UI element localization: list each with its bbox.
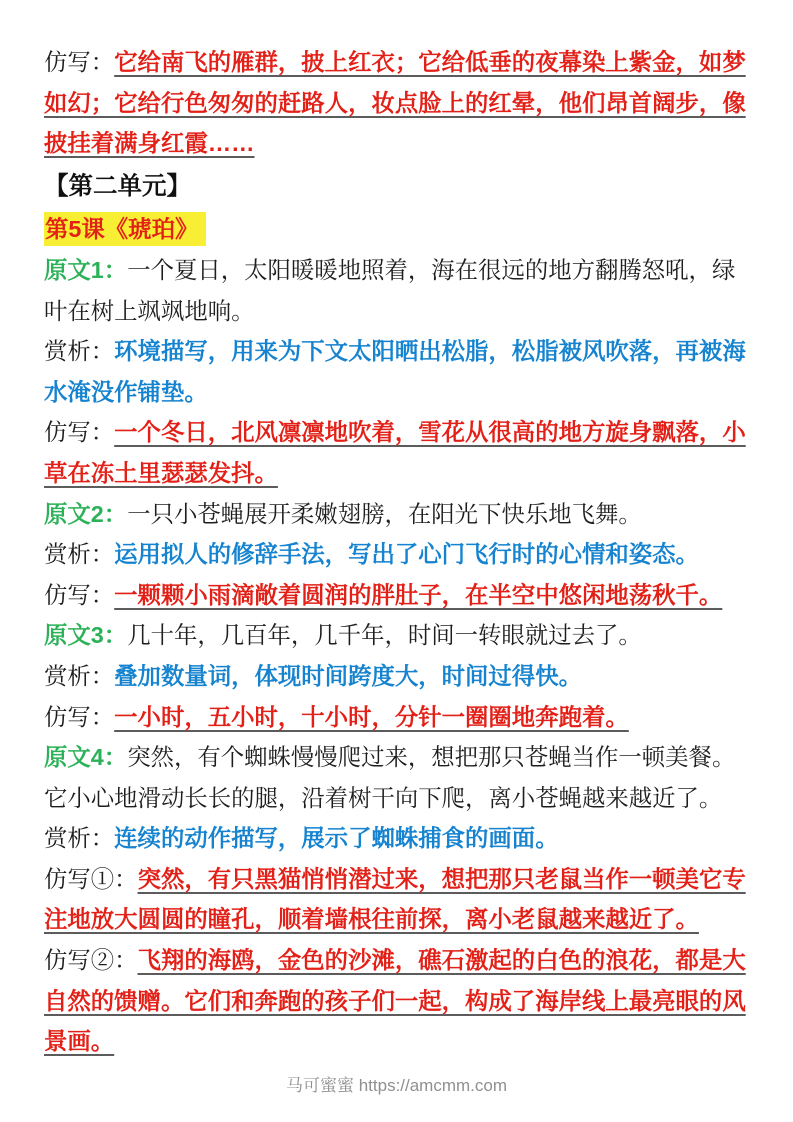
original-text-4-paragraph: 原文4：突然，有个蜘蛛慢慢爬过来，想把那只苍蝇当作一顿美餐。它小心地滑动长长的腿…	[44, 737, 758, 818]
original-text-4-label: 原文4：	[44, 744, 127, 770]
imitation-3-label: 仿写：	[44, 704, 114, 730]
analysis-3-text: 叠加数量词，体现时间跨度大，时间过得快。	[114, 663, 582, 689]
imitation-3-paragraph: 仿写：一小时，五小时，十小时，分针一圈圈地奔跑着。	[44, 697, 758, 738]
analysis-2-paragraph: 赏析：运用拟人的修辞手法，写出了心门飞行时的心情和姿态。	[44, 534, 758, 575]
analysis-4-paragraph: 赏析：连续的动作描写，展示了蜘蛛捕食的画面。	[44, 818, 758, 859]
imitation-paragraph-carryover: 仿写：它给南飞的雁群，披上红衣；它给低垂的夜幕染上紫金，如梦如幻；它给行色匆匆的…	[44, 42, 758, 164]
imitation-2-label: 仿写：	[44, 582, 114, 608]
imitation-4a-label: 仿写①：	[44, 866, 138, 892]
original-text-2-paragraph: 原文2：一只小苍蝇展开柔嫩翅膀，在阳光下快乐地飞舞。	[44, 494, 758, 535]
analysis-1-text: 环境描写，用来为下文太阳晒出松脂，松脂被风吹落，再被海水淹没作铺垫。	[44, 338, 746, 405]
imitation-text: 它给南飞的雁群，披上红衣；它给低垂的夜幕染上紫金，如梦如幻；它给行色匆匆的赶路人…	[44, 49, 746, 156]
imitation-1-paragraph: 仿写：一个冬日，北风凛凛地吹着，雪花从很高的地方旋身飘落，小草在冻土里瑟瑟发抖。	[44, 412, 758, 493]
original-text-4: 突然，有个蜘蛛慢慢爬过来，想把那只苍蝇当作一顿美餐。它小心地滑动长长的腿，沿着树…	[44, 744, 735, 811]
imitation-4b-paragraph: 仿写②：飞翔的海鸥，金色的沙滩，礁石激起的白色的浪花，都是大自然的馈赠。它们和奔…	[44, 940, 758, 1062]
original-text-3: 几十年，几百年，几千年，时间一转眼就过去了。	[127, 622, 642, 648]
document-page: 仿写：它给南飞的雁群，披上红衣；它给低垂的夜幕染上紫金，如梦如幻；它给行色匆匆的…	[0, 0, 793, 1122]
footer-watermark-text: 马可蜜蜜 https://amcmm.com	[286, 1076, 507, 1095]
original-text-3-label: 原文3：	[44, 622, 127, 648]
analysis-2-text: 运用拟人的修辞手法，写出了心门飞行时的心情和姿态。	[114, 541, 699, 567]
unit-heading: 【第二单元】	[44, 167, 758, 208]
analysis-2-label: 赏析：	[44, 541, 114, 567]
analysis-3-label: 赏析：	[44, 663, 114, 689]
document-body: 仿写：它给南飞的雁群，披上红衣；它给低垂的夜幕染上紫金，如梦如幻；它给行色匆匆的…	[44, 42, 758, 1062]
original-text-1: 一个夏日，太阳暖暖地照着，海在很远的地方翻腾怒吼，绿叶在树上飒飒地响。	[44, 257, 735, 324]
analysis-1-label: 赏析：	[44, 338, 114, 364]
imitation-4b-text: 飞翔的海鸥，金色的沙滩，礁石激起的白色的浪花，都是大自然的馈赠。它们和奔跑的孩子…	[44, 947, 746, 1054]
analysis-3-paragraph: 赏析：叠加数量词，体现时间跨度大，时间过得快。	[44, 656, 758, 697]
analysis-1-paragraph: 赏析：环境描写，用来为下文太阳晒出松脂，松脂被风吹落，再被海水淹没作铺垫。	[44, 331, 758, 412]
original-text-2: 一只小苍蝇展开柔嫩翅膀，在阳光下快乐地飞舞。	[127, 501, 642, 527]
original-text-1-label: 原文1：	[44, 257, 127, 283]
original-text-1-paragraph: 原文1：一个夏日，太阳暖暖地照着，海在很远的地方翻腾怒吼，绿叶在树上飒飒地响。	[44, 250, 758, 331]
page-footer: 马可蜜蜜 https://amcmm.com	[0, 1075, 793, 1097]
imitation-1-text: 一个冬日，北风凛凛地吹着，雪花从很高的地方旋身飘落，小草在冻土里瑟瑟发抖。	[44, 419, 746, 486]
imitation-1-label: 仿写：	[44, 419, 114, 445]
imitation-3-text: 一小时，五小时，十小时，分针一圈圈地奔跑着。	[114, 704, 629, 730]
original-text-2-label: 原文2：	[44, 501, 127, 527]
lesson-heading-highlight: 第5课《琥珀》	[44, 212, 206, 246]
imitation-2-paragraph: 仿写：一颗颗小雨滴敞着圆润的胖肚子，在半空中悠闲地荡秋千。	[44, 575, 758, 616]
imitation-4b-label: 仿写②：	[44, 947, 138, 973]
imitation-4a-text: 突然，有只黑猫悄悄潜过来，想把那只老鼠当作一顿美它专注地放大圆圆的瞳孔，顺着墙根…	[44, 866, 746, 933]
lesson-heading-row: 第5课《琥珀》	[44, 209, 758, 250]
imitation-4a-paragraph: 仿写①：突然，有只黑猫悄悄潜过来，想把那只老鼠当作一顿美它专注地放大圆圆的瞳孔，…	[44, 859, 758, 940]
imitation-label: 仿写：	[44, 49, 114, 75]
original-text-3-paragraph: 原文3：几十年，几百年，几千年，时间一转眼就过去了。	[44, 615, 758, 656]
analysis-4-text: 连续的动作描写，展示了蜘蛛捕食的画面。	[114, 825, 558, 851]
imitation-2-text: 一颗颗小雨滴敞着圆润的胖肚子，在半空中悠闲地荡秋千。	[114, 582, 722, 608]
analysis-4-label: 赏析：	[44, 825, 114, 851]
